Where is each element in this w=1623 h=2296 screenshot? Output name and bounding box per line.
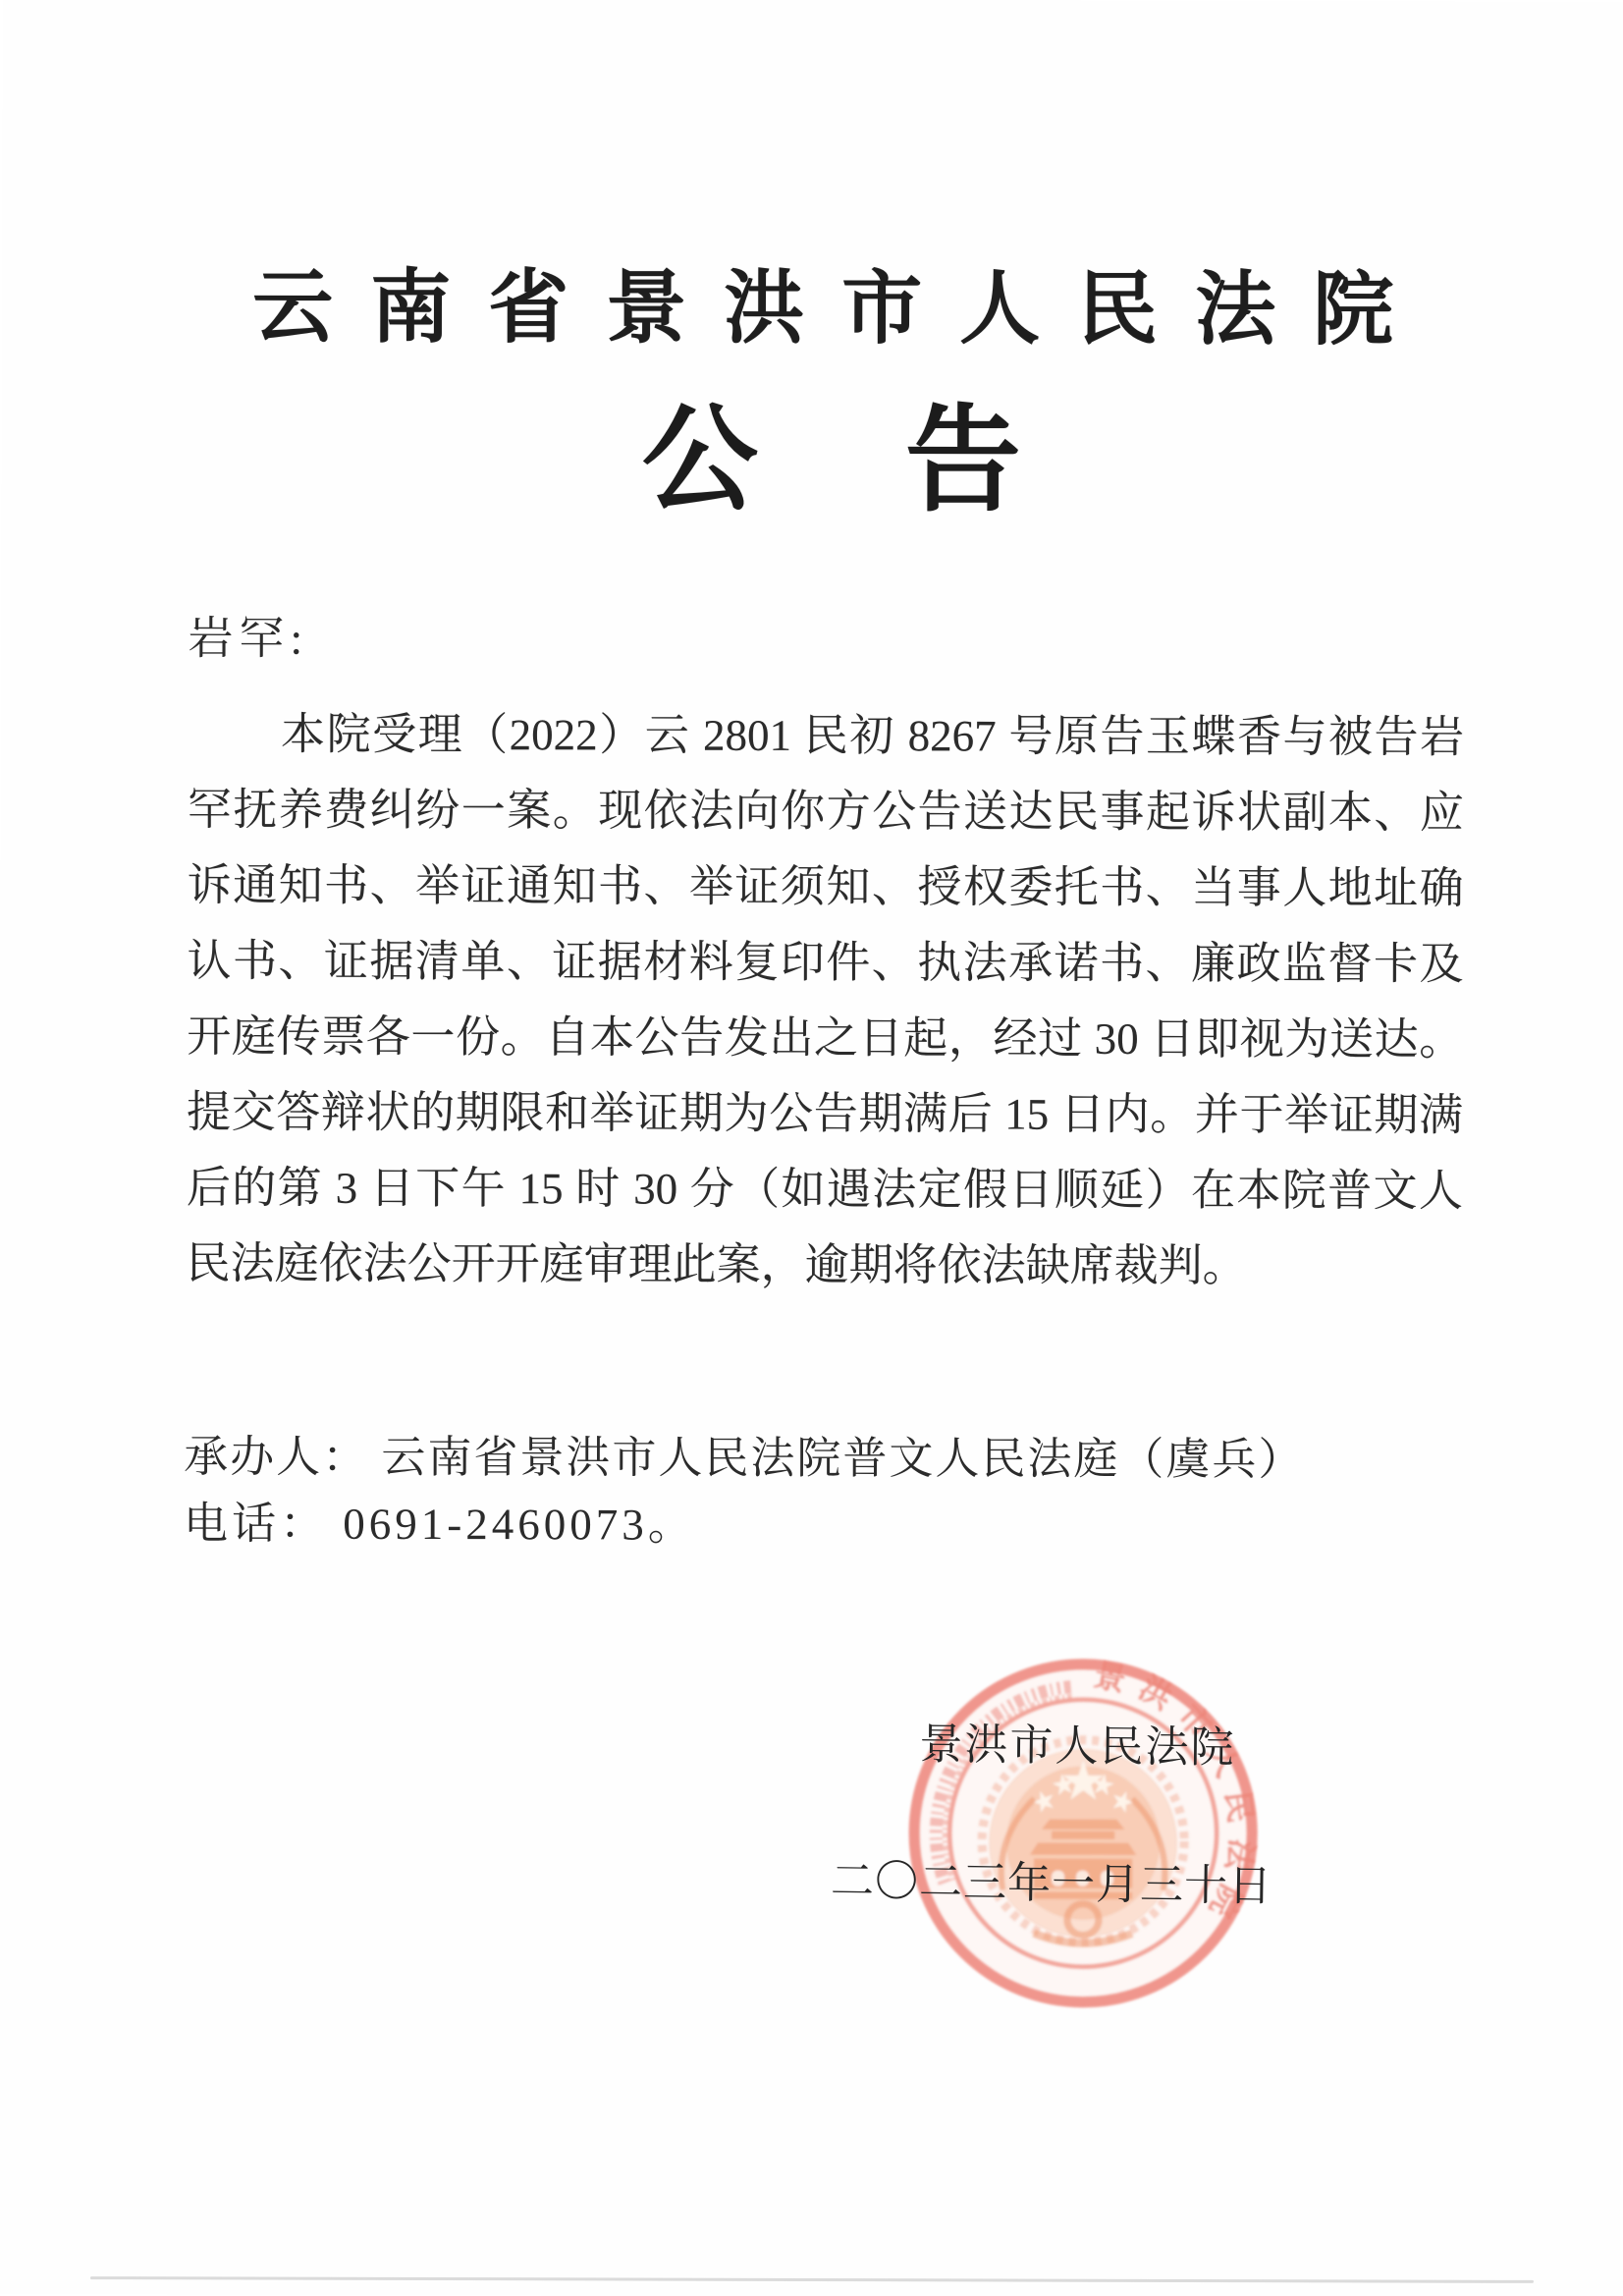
phone-line: 电话： 0691-2460073。 — [184, 1494, 696, 1554]
addressee-salutation: 岩罕: — [188, 609, 308, 668]
official-court-seal: 景洪市人民法院 — [887, 1636, 1280, 2030]
body-line: 开庭传票各一份。自本公告发出之日起，经过 30 日即视为送达。 — [187, 999, 1463, 1077]
court-seal-graphic: 景洪市人民法院 — [887, 1636, 1280, 2030]
body-line: 本院受理（2022）云 2801 民初 8267 号原告玉蝶香与被告岩 — [188, 696, 1464, 775]
body-line: 民法庭依法公开开庭审理此案，逾期将依法缺席裁判。 — [187, 1226, 1463, 1304]
signature-court-name: 景洪市人民法院 — [919, 1716, 1236, 1778]
body-line: 诉通知书、举证通知书、举证须知、授权委托书、当事人地址确 — [188, 847, 1464, 926]
signature-date: 二〇二三年一月三十日 — [831, 1852, 1273, 1917]
document-type-heading: 公告 — [642, 401, 1168, 523]
body-line: 罕抚养费纠纷一案。现依法向你方公告送达民事起诉状副本、应 — [188, 772, 1464, 850]
body-line: 提交答辩状的期限和举证期为公告期满后 15 日内。并于举证期满 — [187, 1074, 1463, 1153]
announcement-page: 云南省景洪市人民法院 公告 岩罕: 本院受理（2022）云 2801 民初 82… — [0, 0, 1623, 2296]
scan-edge-artifact — [90, 2276, 1534, 2283]
case-handler-line: 承办人： 云南省景洪市人民法院普文人民法庭（虞兵） — [184, 1427, 1304, 1489]
body-line: 认书、证据清单、证据材料复印件、执法承诺书、廉政监督卡及 — [187, 923, 1463, 1002]
page-title-court-name: 云南省景洪市人民法院 — [252, 267, 1480, 353]
body-line: 后的第 3 日下午 15 时 30 分（如遇法定假日顺延）在本院普文人 — [187, 1150, 1463, 1229]
announcement-body: 本院受理（2022）云 2801 民初 8267 号原告玉蝶香与被告岩 罕抚养费… — [187, 696, 1465, 1304]
